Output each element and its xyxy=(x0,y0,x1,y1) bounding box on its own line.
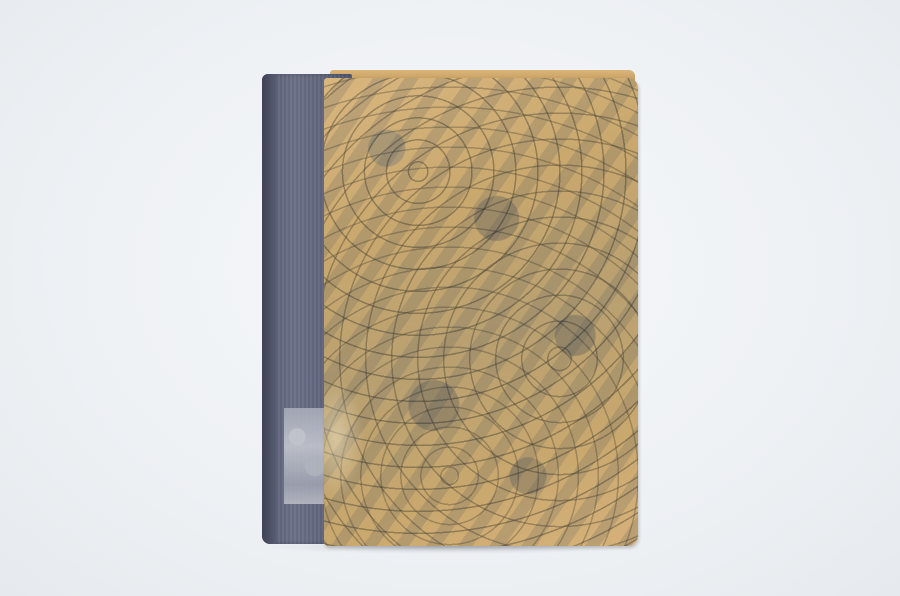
cover-wear-patch xyxy=(324,378,364,498)
marble-pattern xyxy=(324,78,638,546)
antique-book xyxy=(260,70,642,548)
spine-edge xyxy=(262,74,276,544)
worn-spine-label xyxy=(284,408,328,504)
marbled-cover xyxy=(324,78,638,546)
